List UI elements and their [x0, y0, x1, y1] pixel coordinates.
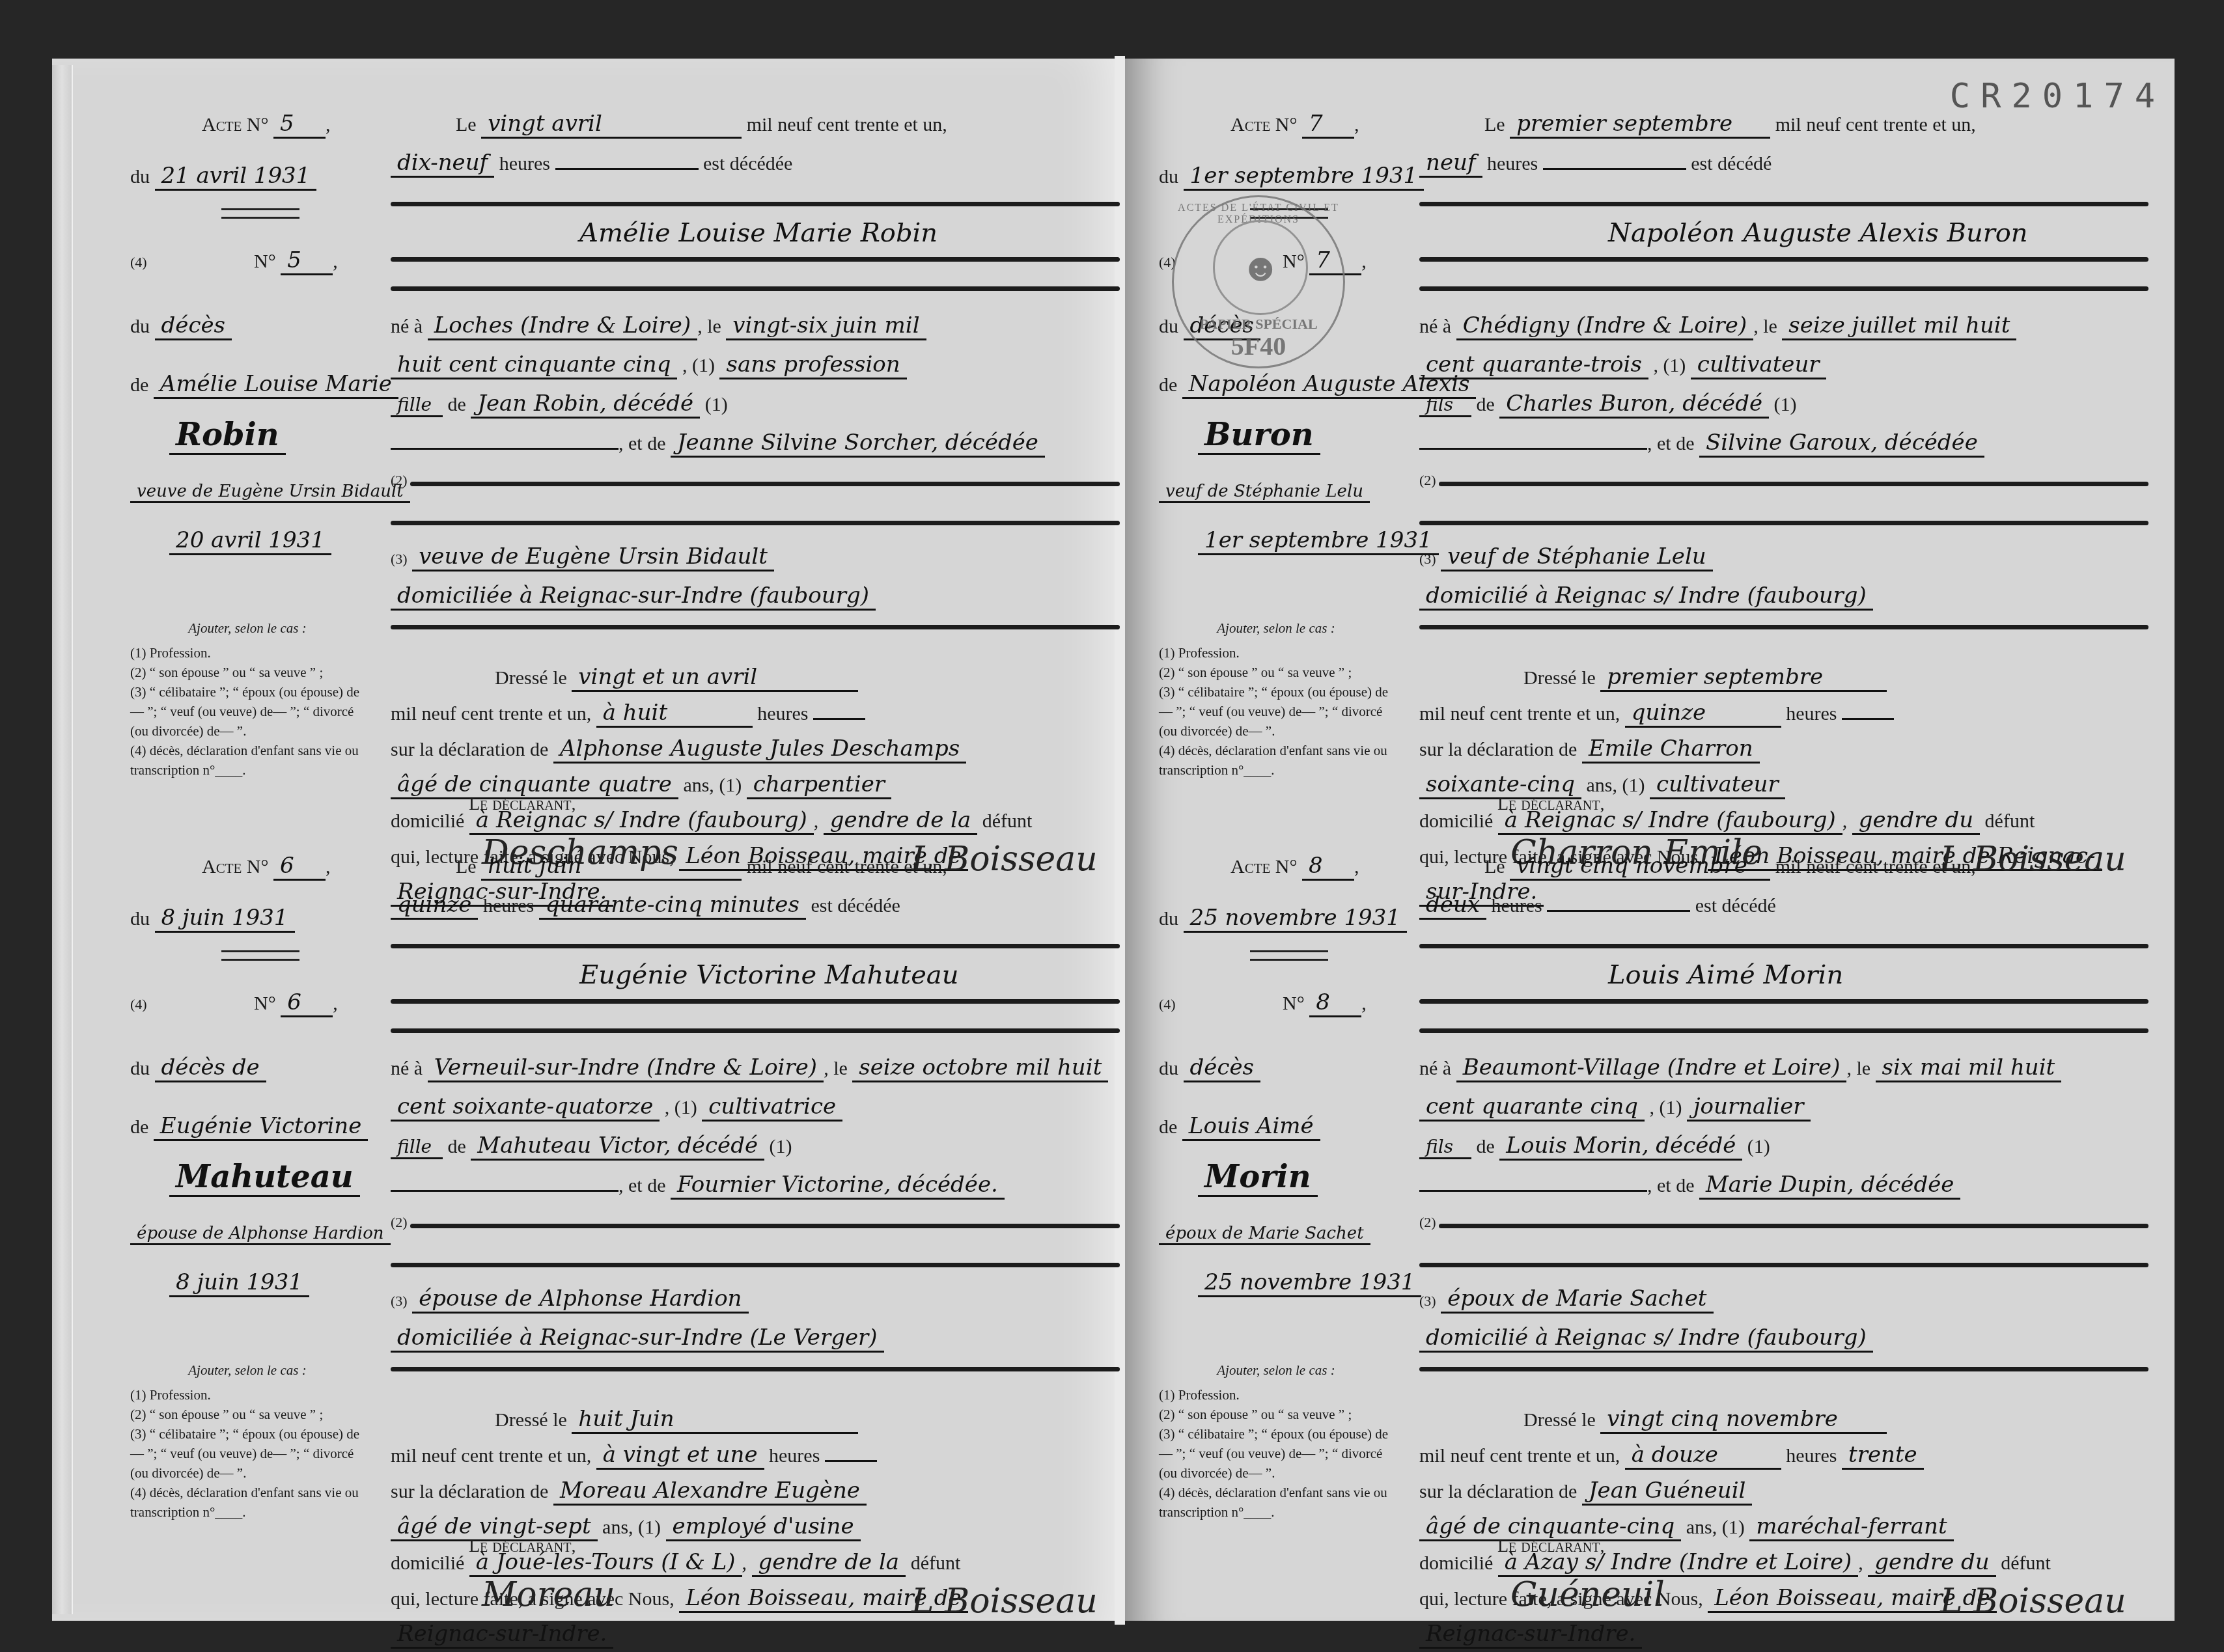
- acte-label: Acte N°: [1230, 856, 1298, 877]
- footnote-marker: (4): [130, 996, 147, 1013]
- birth-date: vingt-six juin mil: [726, 312, 926, 340]
- mother-label: , et de: [619, 1175, 665, 1196]
- gender-suffix: e: [784, 153, 792, 174]
- filiation: fille: [391, 394, 443, 417]
- le-label: Le: [456, 114, 477, 135]
- fill-rule: [1419, 257, 2148, 262]
- footnote-marker: (1): [638, 1517, 661, 1538]
- le-label: , le: [824, 1058, 848, 1079]
- deceased-surname: Mahuteau: [169, 1159, 360, 1197]
- drawn-date: huit Juin: [572, 1406, 858, 1434]
- double-rule: [221, 208, 299, 219]
- death-minutes: [1547, 910, 1690, 912]
- death-minutes: [1543, 168, 1686, 170]
- fill-rule: [391, 625, 1120, 629]
- deceased-label: est décédé: [703, 153, 784, 174]
- year-label: mil neuf cent trente et un,: [1775, 856, 1976, 877]
- acte-record: Acte N° 6, du 8 juin 1931 (4) N° 6, du d…: [130, 840, 1120, 1556]
- fill-rule: [1419, 999, 2148, 1004]
- born-label: né à: [1419, 1058, 1451, 1079]
- declaration-label: sur la déclaration de: [1419, 1481, 1577, 1502]
- footnote-marker: (3): [1419, 1293, 1436, 1309]
- le-label: , le: [1846, 1058, 1870, 1079]
- domicile-label: domicilié: [1419, 810, 1493, 832]
- declarant-profession: charpentier: [747, 771, 891, 799]
- acte-date: 25 novembre 1931: [1184, 905, 1407, 933]
- drawn-date: vingt et un avril: [572, 664, 858, 692]
- note-item: (2) “ son épouse ” ou “ sa veuve ” ;: [1159, 663, 1393, 682]
- footnotes-legend: Ajouter, selon le cas : (1) Profession. …: [1159, 1360, 1393, 1522]
- mother-label: , et de: [1647, 1175, 1694, 1196]
- record-type: décès: [155, 312, 232, 340]
- record-number: 6: [281, 989, 333, 1017]
- ans-label: ans,: [1686, 1517, 1717, 1538]
- du-label: du: [130, 166, 150, 187]
- stamp-price: 5F40: [1174, 331, 1343, 361]
- heures-label: heures: [1487, 153, 1538, 174]
- declarant-name: Emile Charron: [1582, 736, 1760, 764]
- fill-rule: [1419, 625, 2148, 629]
- le-label: Le: [1484, 856, 1505, 877]
- record-type: décès: [1184, 1054, 1261, 1082]
- note-item: (2) “ son épouse ” ou “ sa veuve ” ;: [1159, 1405, 1393, 1424]
- relation-to-deceased: gendre de la: [824, 807, 978, 835]
- defunt-label: défunt: [982, 810, 1033, 832]
- footnote-marker: (1): [1663, 355, 1686, 376]
- fill-rule: [391, 286, 1120, 291]
- declarant-signature: Guéneuil: [1510, 1575, 1665, 1614]
- acte-date: 8 juin 1931: [155, 905, 295, 933]
- defunt-label: défunt: [911, 1552, 961, 1574]
- marital-status-margin: veuve de Eugène Ursin Bidault: [130, 482, 410, 503]
- drawn-minutes: [825, 1460, 877, 1462]
- mother-name: Jeanne Silvine Sorcher, décédée: [671, 430, 1045, 458]
- acte-record: Acte N° 7, du 1er septembre 1931 (4) N° …: [1159, 98, 2148, 814]
- born-label: né à: [391, 316, 423, 337]
- fill-rule: [1419, 1263, 2148, 1267]
- blank-field: [391, 448, 619, 450]
- domicile: domiciliée à Reignac-sur-Indre (Le Verge…: [391, 1325, 884, 1353]
- drawn-hour: quinze: [1625, 700, 1781, 728]
- domicile: domicilié à Reignac s/ Indre (faubourg): [1419, 583, 1873, 611]
- marital-status-margin: époux de Marie Sachet: [1159, 1224, 1370, 1245]
- drawn-minutes: [1842, 718, 1894, 720]
- birth-place: Chédigny (Indre & Loire): [1456, 312, 1754, 340]
- mother-name: Silvine Garoux, décédée: [1699, 430, 1984, 458]
- du-label: du: [130, 1058, 150, 1079]
- footnote-marker: (1): [770, 1136, 792, 1157]
- profession: sans profession: [719, 351, 906, 379]
- acte-label: Acte N°: [1230, 114, 1298, 135]
- du-label: du: [1159, 166, 1178, 187]
- footnote-marker: (1): [1722, 1517, 1745, 1538]
- le-label: , le: [697, 316, 721, 337]
- deceased-full-name: Amélie Louise Marie Robin: [573, 218, 944, 248]
- acte-label: Acte N°: [202, 856, 269, 877]
- fill-rule: [391, 944, 1120, 948]
- footnote-marker: (2): [391, 472, 408, 489]
- marital-status: veuf de Stéphanie Lelu: [1441, 544, 1713, 571]
- drawn-label: Dressé le: [495, 1409, 567, 1431]
- deceased-given-names: Amélie Louise Marie: [154, 371, 398, 399]
- heures-label: heures: [1786, 703, 1837, 724]
- deceased-label: est décédé: [1695, 895, 1776, 916]
- fill-rule: [1419, 944, 2148, 948]
- declarant-label: Le déclarant,: [469, 1536, 576, 1557]
- acte-number: 7: [1302, 111, 1354, 139]
- death-date: vingt avril: [481, 111, 742, 139]
- footnote-marker: (1): [1774, 394, 1797, 415]
- declarant-label: Le déclarant,: [1497, 794, 1604, 815]
- drawn-date: premier septembre: [1600, 664, 1887, 692]
- born-label: né à: [1419, 316, 1451, 337]
- gender-suffix: e: [892, 895, 900, 916]
- record-number: 8: [1309, 989, 1361, 1017]
- father-name: Jean Robin, décédé: [471, 391, 700, 419]
- officer-commune: Reignac-sur-Indre.: [1419, 1621, 1642, 1649]
- declarant-label: Le déclarant,: [1497, 1536, 1604, 1557]
- defunt-label: défunt: [2001, 1552, 2051, 1574]
- declaration-label: sur la déclaration de: [391, 1481, 548, 1502]
- fill-rule: [1419, 1367, 2148, 1371]
- drawn-hour: à douze: [1625, 1442, 1781, 1470]
- death-hour: quinze: [391, 892, 478, 920]
- marital-status-margin: veuf de Stéphanie Lelu: [1159, 482, 1370, 503]
- death-minutes: [555, 168, 699, 170]
- deceased-full-name: Eugénie Victorine Mahuteau: [573, 960, 965, 990]
- fill-rule: [1419, 1028, 2148, 1033]
- no-label: N°: [254, 993, 276, 1014]
- blank-field: [1419, 1190, 1647, 1192]
- death-date: huit juin: [481, 853, 742, 881]
- record-number: 5: [281, 247, 333, 275]
- declarant-profession: employé d'usine: [666, 1513, 861, 1541]
- acte-number: 6: [273, 853, 326, 881]
- father-name: Mahuteau Victor, décédé: [471, 1133, 764, 1161]
- blank-field: [1419, 448, 1647, 450]
- relation-to-deceased: gendre de la: [752, 1549, 906, 1577]
- fill-rule: [391, 1367, 1120, 1371]
- heures-label: heures: [1491, 895, 1542, 916]
- declarant-label: Le déclarant,: [469, 794, 576, 815]
- year-label: mil neuf cent trente et un,: [1419, 1445, 1620, 1466]
- birth-date: seize octobre mil huit: [852, 1054, 1108, 1082]
- father-name: Charles Buron, décédé: [1499, 391, 1769, 419]
- note-item: (4) décès, déclaration d'enfant sans vie…: [1159, 741, 1393, 780]
- heures-label: heures: [499, 153, 550, 174]
- birth-date-continued: cent quarante-trois: [1419, 351, 1648, 379]
- declarant-name: Jean Guéneuil: [1582, 1478, 1753, 1506]
- note-item: (1) Profession.: [130, 643, 365, 663]
- marianne-icon: ☻: [1213, 220, 1308, 315]
- note-item: (2) “ son épouse ” ou “ sa veuve ” ;: [130, 1405, 365, 1424]
- drawn-hour: à huit: [596, 700, 753, 728]
- officer-commune: Reignac-sur-Indre.: [391, 1621, 613, 1649]
- deceased-label: est décédé: [811, 895, 891, 916]
- domicile-label: domicilié: [391, 810, 464, 832]
- drawn-label: Dressé le: [1523, 667, 1596, 689]
- drawn-hour: à vingt et une: [596, 1442, 764, 1470]
- fill-rule: [1419, 202, 2148, 206]
- footnote-marker: (2): [1419, 472, 1436, 489]
- footnote-marker: (2): [391, 1214, 408, 1231]
- acte-date: 21 avril 1931: [155, 163, 317, 191]
- record-type: décès de: [155, 1054, 266, 1082]
- footnote-marker: (1): [1660, 1097, 1682, 1118]
- fill-rule: [391, 521, 1120, 525]
- footnote-marker: (1): [692, 355, 715, 376]
- birth-place: Beaumont-Village (Indre et Loire): [1456, 1054, 1847, 1082]
- heures-label: heures: [483, 895, 534, 916]
- fill-rule: [410, 482, 1120, 486]
- ans-label: ans,: [1587, 775, 1618, 796]
- officer-signature: L Boisseau: [1940, 1582, 2126, 1621]
- note-item: (3) “ célibataire ”; “ époux (ou épouse)…: [130, 1424, 365, 1483]
- domicile-label: domicilié: [1419, 1552, 1493, 1574]
- fill-rule: [1419, 521, 2148, 525]
- fill-rule: [410, 1224, 1120, 1228]
- fill-rule: [391, 257, 1120, 262]
- footnote-marker: (3): [391, 1293, 408, 1309]
- drawn-date: vingt cinq novembre: [1600, 1406, 1887, 1434]
- double-rule: [221, 950, 299, 961]
- acte-number: 5: [273, 111, 326, 139]
- marital-status-margin: épouse de Alphonse Hardion: [130, 1224, 391, 1245]
- margin-date: 20 avril 1931: [169, 527, 331, 555]
- note-item: (1) Profession.: [130, 1385, 365, 1405]
- officer-signature: L Boisseau: [911, 1582, 1098, 1621]
- du-label: du: [130, 316, 150, 337]
- blank-field: [391, 1190, 619, 1192]
- notes-heading: Ajouter, selon le cas :: [130, 1360, 365, 1380]
- mother-name: Fournier Victorine, décédée.: [671, 1172, 1005, 1200]
- acte-label: Acte N°: [202, 114, 269, 135]
- drawn-minutes: [813, 718, 865, 720]
- margin-date: 1er septembre 1931: [1198, 527, 1439, 555]
- footnotes-legend: Ajouter, selon le cas : (1) Profession. …: [130, 1360, 365, 1522]
- note-item: (2) “ son épouse ” ou “ sa veuve ” ;: [130, 663, 365, 682]
- de-label: de: [130, 374, 148, 396]
- profession: journalier: [1687, 1094, 1810, 1122]
- profession: cultivateur: [1691, 351, 1826, 379]
- birth-date: seize juillet mil huit: [1782, 312, 2016, 340]
- no-label: N°: [1283, 993, 1305, 1014]
- fill-rule: [1439, 482, 2148, 486]
- footnote-marker: (1): [1747, 1136, 1770, 1157]
- death-date: premier septembre: [1510, 111, 1770, 139]
- fill-rule: [391, 202, 1120, 206]
- deceased-surname: Morin: [1198, 1159, 1318, 1197]
- le-label: Le: [456, 856, 477, 877]
- deceased-given-names: Louis Aimé: [1182, 1113, 1320, 1141]
- profession: cultivatrice: [702, 1094, 842, 1122]
- defunt-label: défunt: [1985, 810, 2035, 832]
- declaration-label: sur la déclaration de: [391, 739, 548, 760]
- declaration-label: sur la déclaration de: [1419, 739, 1577, 760]
- filiation: fille: [391, 1136, 443, 1159]
- footnote-marker: (1): [719, 775, 742, 796]
- birth-date: six mai mil huit: [1876, 1054, 2062, 1082]
- footnotes-legend: Ajouter, selon le cas : (1) Profession. …: [1159, 618, 1393, 780]
- deceased-surname: Buron: [1198, 417, 1320, 455]
- marital-status: épouse de Alphonse Hardion: [412, 1286, 748, 1314]
- double-rule: [1250, 950, 1328, 961]
- note-item: (3) “ célibataire ”; “ époux (ou épouse)…: [130, 682, 365, 741]
- birth-place: Verneuil-sur-Indre (Indre & Loire): [428, 1054, 824, 1082]
- deceased-given-names: Eugénie Victorine: [154, 1113, 368, 1141]
- de-label: de: [1159, 1116, 1177, 1138]
- drawn-minutes: trente: [1842, 1442, 1924, 1470]
- notes-heading: Ajouter, selon le cas :: [130, 618, 365, 638]
- fill-rule: [1439, 1224, 2148, 1228]
- domicile: domiciliée à Reignac-sur-Indre (faubourg…: [391, 583, 876, 611]
- ans-label: ans,: [683, 775, 714, 796]
- acte-record: Acte N° 5, du 21 avril 1931 (4) N° 5, du…: [130, 98, 1120, 814]
- note-item: (4) décès, déclaration d'enfant sans vie…: [130, 741, 365, 780]
- footnotes-legend: Ajouter, selon le cas : (1) Profession. …: [130, 618, 365, 780]
- heures-label: heures: [769, 1445, 820, 1466]
- note-item: (1) Profession.: [1159, 1385, 1393, 1405]
- drawn-label: Dressé le: [495, 667, 567, 689]
- mother-label: , et de: [1647, 433, 1694, 454]
- margin-date: 25 novembre 1931: [1198, 1269, 1421, 1297]
- deceased-label: est décédé: [1691, 153, 1772, 174]
- fill-rule: [391, 1028, 1120, 1033]
- father-name: Louis Morin, décédé: [1499, 1133, 1742, 1161]
- footnote-marker: (4): [1159, 996, 1176, 1013]
- year-label: mil neuf cent trente et un,: [1775, 114, 1976, 135]
- mother-label: , et de: [619, 433, 665, 454]
- death-hour: dix-neuf: [391, 150, 494, 178]
- margin-date: 8 juin 1931: [169, 1269, 309, 1297]
- ans-label: ans,: [602, 1517, 633, 1538]
- year-label: mil neuf cent trente et un,: [747, 856, 947, 877]
- birth-date-continued: cent soixante-quatorze: [391, 1094, 660, 1122]
- marital-status: veuve de Eugène Ursin Bidault: [412, 544, 774, 571]
- fiscal-stamp: ACTES DE L'ÉTAT CIVIL ET EXPÉDITIONS☻PAP…: [1172, 195, 1345, 368]
- du-label: du: [130, 908, 150, 929]
- notes-heading: Ajouter, selon le cas :: [1159, 1360, 1393, 1380]
- du-label: du: [1159, 1058, 1178, 1079]
- birth-date-continued: cent quarante cinq: [1419, 1094, 1645, 1122]
- du-label: du: [1159, 908, 1178, 929]
- note-item: (3) “ célibataire ”; “ époux (ou épouse)…: [1159, 682, 1393, 741]
- note-item: (1) Profession.: [1159, 643, 1393, 663]
- de-label: de: [130, 1116, 148, 1138]
- year-label: mil neuf cent trente et un,: [747, 114, 947, 135]
- deceased-surname: Robin: [169, 417, 286, 455]
- de-label: de: [1159, 374, 1177, 396]
- born-label: né à: [391, 1058, 423, 1079]
- birth-date-continued: huit cent cinquante cinq: [391, 351, 677, 379]
- filiation: fils: [1419, 1136, 1471, 1159]
- relation-to-deceased: gendre du: [1852, 807, 1980, 835]
- le-label: Le: [1484, 114, 1505, 135]
- heures-label: heures: [757, 703, 808, 724]
- fill-rule: [1419, 286, 2148, 291]
- note-item: (4) décès, déclaration d'enfant sans vie…: [130, 1483, 365, 1522]
- mother-name: Marie Dupin, décédée: [1699, 1172, 1961, 1200]
- birth-place: Loches (Indre & Loire): [428, 312, 698, 340]
- domicile-label: domicilié: [391, 1552, 464, 1574]
- death-hour: deux: [1419, 892, 1486, 920]
- notes-heading: Ajouter, selon le cas :: [1159, 618, 1393, 638]
- footnote-marker: (3): [391, 551, 408, 567]
- year-label: mil neuf cent trente et un,: [1419, 703, 1620, 724]
- declarant-profession: cultivateur: [1650, 771, 1785, 799]
- note-item: (3) “ célibataire ”; “ époux (ou épouse)…: [1159, 1424, 1393, 1483]
- footnote-marker: (4): [130, 254, 147, 271]
- declarant-profession: maréchal-ferrant: [1749, 1513, 1954, 1541]
- fill-rule: [391, 999, 1120, 1004]
- footnote-marker: (2): [1419, 1214, 1436, 1231]
- footnote-marker: (1): [1622, 775, 1645, 796]
- footnote-marker: (1): [705, 394, 728, 415]
- no-label: N°: [254, 251, 276, 272]
- drawn-label: Dressé le: [1523, 1409, 1596, 1431]
- footnote-marker: (1): [674, 1097, 697, 1118]
- declarant-signature: Moreau: [482, 1575, 615, 1614]
- filiation: fils: [1419, 394, 1471, 417]
- marital-status: époux de Marie Sachet: [1441, 1286, 1713, 1314]
- acte-record: Acte N° 8, du 25 novembre 1931 (4) N° 8,…: [1159, 840, 2148, 1556]
- death-date: vingt cinq novembre: [1510, 853, 1770, 881]
- death-minutes: quarante-cinq minutes: [539, 892, 806, 920]
- footnote-marker: (3): [1419, 551, 1436, 567]
- acte-number: 8: [1302, 853, 1354, 881]
- deceased-full-name: Louis Aimé Morin: [1602, 960, 1850, 990]
- declarant-name: Alphonse Auguste Jules Deschamps: [553, 736, 966, 764]
- year-label: mil neuf cent trente et un,: [391, 1445, 591, 1466]
- deceased-full-name: Napoléon Auguste Alexis Buron: [1602, 218, 2035, 248]
- declarant-name: Moreau Alexandre Eugène: [553, 1478, 867, 1506]
- relation-to-deceased: gendre du: [1868, 1549, 1995, 1577]
- le-label: , le: [1753, 316, 1777, 337]
- heures-label: heures: [1786, 1445, 1837, 1466]
- death-hour: neuf: [1419, 150, 1482, 178]
- fill-rule: [391, 1263, 1120, 1267]
- note-item: (4) décès, déclaration d'enfant sans vie…: [1159, 1483, 1393, 1522]
- year-label: mil neuf cent trente et un,: [391, 703, 591, 724]
- domicile: domicilié à Reignac s/ Indre (faubourg): [1419, 1325, 1873, 1353]
- acte-date: 1er septembre 1931: [1184, 163, 1425, 191]
